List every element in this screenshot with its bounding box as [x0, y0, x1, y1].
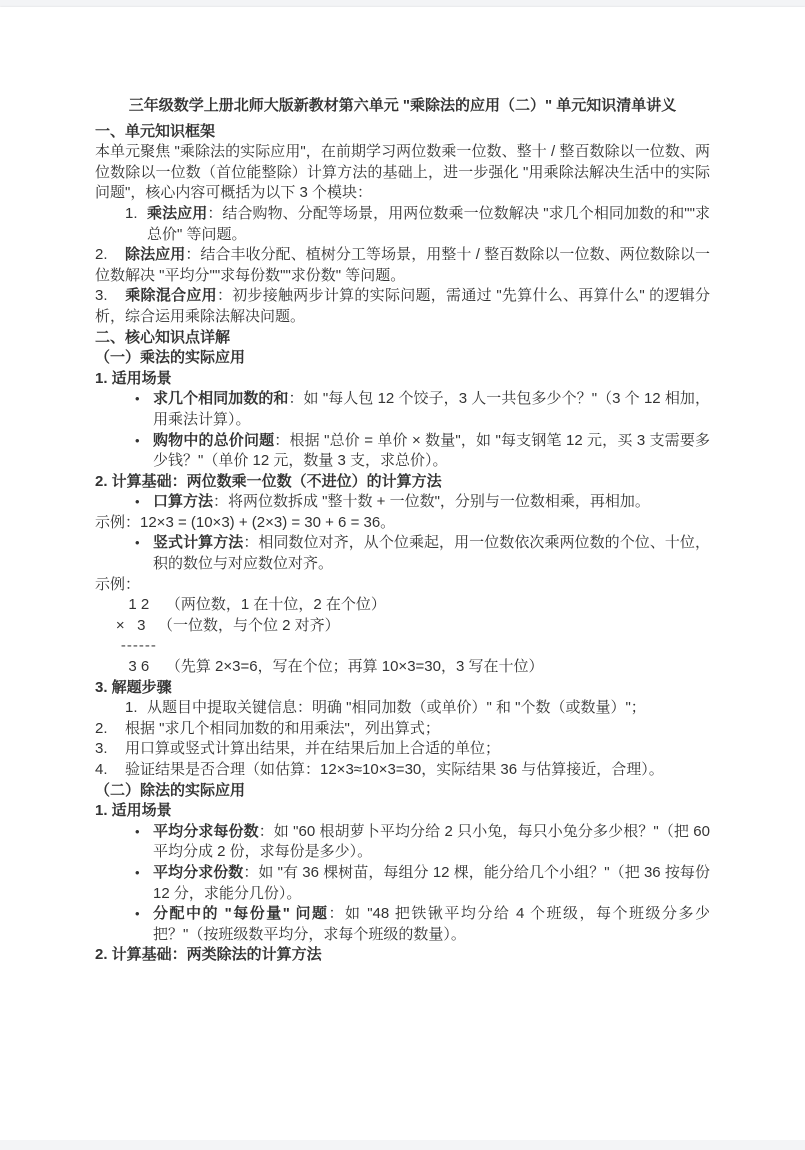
item-number: 2.: [95, 245, 125, 266]
numbered-item: 1.从题目中提取关键信息：明确 "相同加数（或单价）" 和 "个数（或数量）"；: [125, 698, 710, 719]
item-text: 竖式计算方法：相同数位对齐，从个位乘起，用一位数依次乘两位数的个位、十位，积的数…: [153, 533, 710, 574]
subsection-heading: （二）除法的实际应用: [95, 781, 710, 802]
item-text: 平均分求每份数：如 "60 根胡萝卜平均分给 2 只小兔，每只小兔分多少根？"（…: [153, 822, 710, 863]
bullet-item: •竖式计算方法：相同数位对齐，从个位乘起，用一位数依次乘两位数的个位、十位，积的…: [135, 533, 710, 574]
calc-line: × 3 （一位数，与个位 2 对齐）: [95, 616, 710, 637]
text-run: 验证结果是否合理（如估算：12×3≈10×3=30，实际结果 36 与估算接近，…: [125, 761, 664, 778]
paragraph: 示例：12×3 = (10×3) + (2×3) = 30 + 6 = 36。: [95, 513, 710, 534]
bullet-icon: •: [135, 904, 153, 945]
screenshot-root: { "page": { "background": "#f3f4f6", "pa…: [0, 0, 805, 1150]
text-run: 示例：12×3 = (10×3) + (2×3) = 30 + 6 = 36。: [95, 514, 395, 531]
numbered-item: 4.验证结果是否合理（如估算：12×3≈10×3=30，实际结果 36 与估算接…: [95, 760, 710, 781]
item-text: 口算方法：将两位数拆成 "整十数 + 一位数"，分别与一位数相乘，再相加。: [153, 492, 710, 513]
bullet-item: •平均分求份数：如 "有 36 棵树苗，每组分 12 棵，能分给几个小组？"（把…: [135, 863, 710, 904]
numbered-item: 1.乘法应用：结合购物、分配等场景，用两位数乘一位数解决 "求几个相同加数的和"…: [125, 204, 710, 245]
bullet-item: •求几个相同加数的和：如 "每人包 12 个饺子，3 人一共包多少个？"（3 个…: [135, 389, 710, 430]
subsection-heading: （一）乘法的实际应用: [95, 348, 710, 369]
doc-title: 三年级数学上册北师大版新教材第六单元 "乘除法的应用（二）" 单元知识清单讲义: [95, 96, 710, 117]
sub-heading: 3. 解题步骤: [95, 678, 710, 699]
bullet-icon: •: [135, 389, 153, 430]
item-text: 乘法应用：结合购物、分配等场景，用两位数乘一位数解决 "求几个相同加数的和""求…: [147, 204, 710, 245]
sub-heading: 1. 适用场景: [95, 801, 710, 822]
paragraph: 本单元聚焦 "乘除法的实际应用"，在前期学习两位数乘一位数、整十 / 整百数除以…: [95, 142, 710, 204]
term-bold: 购物中的总价问题: [153, 432, 274, 449]
text-run: 示例：: [95, 576, 140, 593]
item-text: 平均分求份数：如 "有 36 棵树苗，每组分 12 棵，能分给几个小组？"（把 …: [153, 863, 710, 904]
bullet-item: •口算方法：将两位数拆成 "整十数 + 一位数"，分别与一位数相乘，再相加。: [135, 492, 710, 513]
window-background-top: [0, 0, 805, 7]
bullet-icon: •: [135, 431, 153, 472]
item-number: 3.: [95, 286, 125, 307]
bullet-item: •购物中的总价问题：根据 "总价 = 单价 × 数量"，如 "每支钢笔 12 元…: [135, 431, 710, 472]
item-number: 4.: [95, 760, 125, 781]
term-bold: 乘除混合应用: [125, 287, 217, 304]
section-heading: 一、单元知识框架: [95, 122, 710, 143]
item-text: 从题目中提取关键信息：明确 "相同加数（或单价）" 和 "个数（或数量）"；: [147, 698, 710, 719]
bullet-item: •分配中的 "每份量" 问题：如 "48 把铁锹平均分给 4 个班级，每个班级分…: [135, 904, 710, 945]
item-text: 购物中的总价问题：根据 "总价 = 单价 × 数量"，如 "每支钢笔 12 元，…: [153, 431, 710, 472]
item-text: 求几个相同加数的和：如 "每人包 12 个饺子，3 人一共包多少个？"（3 个 …: [153, 389, 710, 430]
bullet-item: •平均分求每份数：如 "60 根胡萝卜平均分给 2 只小兔，每只小兔分多少根？"…: [135, 822, 710, 863]
term-bold: 平均分求份数: [153, 864, 243, 881]
document-page: 三年级数学上册北师大版新教材第六单元 "乘除法的应用（二）" 单元知识清单讲义一…: [0, 7, 805, 1140]
window-background-bottom: [0, 1140, 805, 1150]
term-bold: 竖式计算方法: [153, 534, 243, 551]
term-bold: 除法应用: [125, 246, 185, 263]
bullet-icon: •: [135, 492, 153, 513]
sub-heading: 2. 计算基础：两类除法的计算方法: [95, 945, 710, 966]
paragraph: 示例：: [95, 575, 710, 596]
term-bold: 分配中的 "每份量" 问题: [153, 905, 329, 922]
item-text: 分配中的 "每份量" 问题：如 "48 把铁锹平均分给 4 个班级，每个班级分多…: [153, 904, 710, 945]
text-run: 用口算或竖式计算出结果，并在结果后加上合适的单位；: [125, 740, 500, 757]
term-bold: 平均分求每份数: [153, 823, 259, 840]
text-run: ：结合购物、分配等场景，用两位数乘一位数解决 "求几个相同加数的和""求总价" …: [147, 205, 710, 243]
text-run: 从题目中提取关键信息：明确 "相同加数（或单价）" 和 "个数（或数量）"；: [147, 699, 646, 716]
text-run: ：将两位数拆成 "整十数 + 一位数"，分别与一位数相乘，再相加。: [213, 493, 650, 510]
sub-heading: 1. 适用场景: [95, 369, 710, 390]
term-bold: 口算方法: [153, 493, 213, 510]
text-run: ：结合丰收分配、植树分工等场景，用整十 / 整百数除以一位数、两位数除以一位数解…: [95, 246, 710, 284]
item-number: 1.: [125, 698, 147, 719]
calc-line: 1 2 （两位数，1 在十位，2 在个位）: [95, 595, 710, 616]
term-bold: 乘法应用: [147, 205, 207, 222]
text-run: 本单元聚焦 "乘除法的实际应用"，在前期学习两位数乘一位数、整十 / 整百数除以…: [95, 143, 710, 201]
bullet-icon: •: [135, 863, 153, 904]
numbered-item: 3.乘除混合应用：初步接触两步计算的实际问题，需通过 "先算什么、再算什么" 的…: [95, 286, 710, 327]
numbered-item: 2.除法应用：结合丰收分配、植树分工等场景，用整十 / 整百数除以一位数、两位数…: [95, 245, 710, 286]
item-number: 3.: [95, 739, 125, 760]
item-number: 2.: [95, 719, 125, 740]
section-heading: 二、核心知识点详解: [95, 328, 710, 349]
sub-heading: 2. 计算基础：两位数乘一位数（不进位）的计算方法: [95, 472, 710, 493]
divider-dashes: ------: [95, 636, 710, 657]
numbered-item: 2.根据 "求几个相同加数的和用乘法"，列出算式；: [95, 719, 710, 740]
numbered-item: 3.用口算或竖式计算出结果，并在结果后加上合适的单位；: [95, 739, 710, 760]
calc-line: 3 6 （先算 2×3=6，写在个位；再算 10×3=30，3 写在十位）: [95, 657, 710, 678]
item-number: 1.: [125, 204, 147, 245]
bullet-icon: •: [135, 822, 153, 863]
bullet-icon: •: [135, 533, 153, 574]
text-run: 根据 "求几个相同加数的和用乘法"，列出算式；: [125, 720, 440, 737]
term-bold: 求几个相同加数的和: [153, 390, 288, 407]
document-content: 三年级数学上册北师大版新教材第六单元 "乘除法的应用（二）" 单元知识清单讲义一…: [95, 96, 710, 966]
